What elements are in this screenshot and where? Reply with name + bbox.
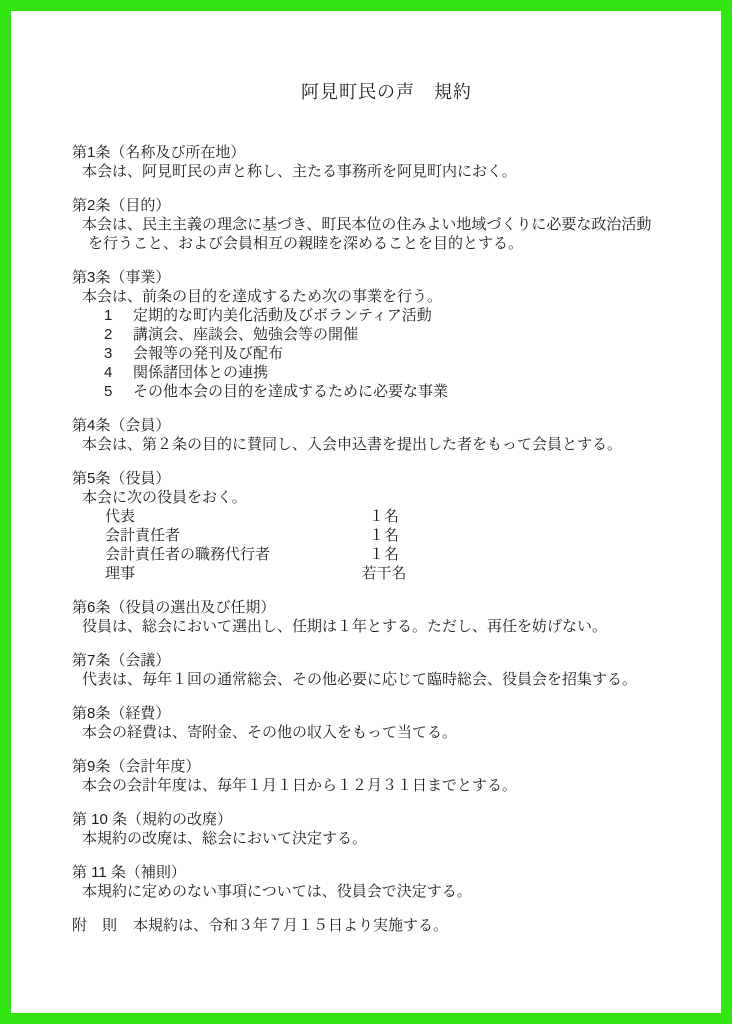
business-item-1: 1 定期的な町内美化活動及びボランティア活動 [72, 306, 701, 325]
articles-list: 第1条（名称及び所在地） 本会は、阿見町民の声と称し、主たる事務所を阿見町内にお… [72, 143, 701, 935]
article-11-heading: 第 11 条（補則） [72, 863, 701, 882]
role-row-4: 理事 若干名 [72, 564, 701, 583]
article-1-heading: 第1条（名称及び所在地） [72, 143, 701, 162]
article-9: 第9条（会計年度） 本会の会計年度は、毎年１月１日から１２月３１日までとする。 [72, 757, 701, 795]
role-name: 代表 [105, 507, 353, 526]
item-number: 3 [104, 344, 133, 363]
document-page: 阿見町民の声 規約 第1条（名称及び所在地） 本会は、阿見町民の声と称し、主たる… [0, 0, 732, 1024]
item-text: その他本会の目的を達成するために必要な事業 [133, 382, 448, 401]
article-9-heading: 第9条（会計年度） [72, 757, 701, 776]
role-row-1: 代表 １名 [72, 507, 701, 526]
article-5-heading: 第5条（役員） [72, 469, 701, 488]
article-3-body: 本会は、前条の目的を達成するため次の事業を行う。 [72, 287, 701, 306]
article-2-body-line-1: 本会は、民主主義の理念に基づき、町民本位の住みよい地域づくりに必要な政治活動 [72, 215, 701, 234]
item-text: 講演会、座談会、勉強会等の開催 [133, 325, 358, 344]
role-count: １名 [353, 545, 415, 564]
business-item-3: 3 会報等の発刊及び配布 [72, 344, 701, 363]
article-9-body: 本会の会計年度は、毎年１月１日から１２月３１日までとする。 [72, 776, 701, 795]
article-4-body: 本会は、第２条の目的に賛同し、入会申込書を提出した者をもって会員とする。 [72, 435, 701, 454]
article-10-heading: 第 10 条（規約の改廃） [72, 810, 701, 829]
item-text: 関係諸団体との連携 [133, 363, 268, 382]
supplement-label: 附 則 [72, 916, 117, 935]
article-7: 第7条（会議） 代表は、毎年１回の通常総会、その他必要に応じて臨時総会、役員会を… [72, 651, 701, 689]
article-1: 第1条（名称及び所在地） 本会は、阿見町民の声と称し、主たる事務所を阿見町内にお… [72, 143, 701, 181]
article-3-heading: 第3条（事業） [72, 268, 701, 287]
document-content: 阿見町民の声 規約 第1条（名称及び所在地） 本会は、阿見町民の声と称し、主たる… [11, 11, 721, 935]
item-text: 定期的な町内美化活動及びボランティア活動 [133, 306, 432, 325]
role-count: １名 [353, 526, 415, 545]
business-item-5: 5 その他本会の目的を達成するために必要な事業 [72, 382, 701, 401]
business-item-4: 4 関係諸団体との連携 [72, 363, 701, 382]
supplement-row: 附 則 本規約は、令和３年７月１５日より実施する。 [72, 916, 701, 935]
article-7-body: 代表は、毎年１回の通常総会、その他必要に応じて臨時総会、役員会を招集する。 [72, 670, 701, 689]
item-number: 2 [104, 325, 133, 344]
article-8-body: 本会の経費は、寄附金、その他の収入をもって当てる。 [72, 723, 701, 742]
article-2-body-line-2: を行うこと、および会員相互の親睦を深めることを目的とする。 [72, 234, 701, 253]
article-2-heading: 第2条（目的） [72, 196, 701, 215]
role-name: 理事 [105, 564, 353, 583]
article-1-body: 本会は、阿見町民の声と称し、主たる事務所を阿見町内におく。 [72, 162, 701, 181]
article-5: 第5条（役員） 本会に次の役員をおく。 代表 １名 会計責任者 １名 会計責任者… [72, 469, 701, 583]
role-count: 若干名 [353, 564, 415, 583]
page-title: 阿見町民の声 規約 [72, 81, 701, 103]
role-name: 会計責任者 [105, 526, 353, 545]
article-6: 第6条（役員の選出及び任期） 役員は、総会において選出し、任期は１年とする。ただ… [72, 598, 701, 636]
article-11: 第 11 条（補則） 本規約に定めのない事項については、役員会で決定する。 [72, 863, 701, 901]
role-count: １名 [353, 507, 415, 526]
article-11-body: 本規約に定めのない事項については、役員会で決定する。 [72, 882, 701, 901]
supplement-text: 本規約は、令和３年７月１５日より実施する。 [133, 916, 448, 935]
role-row-2: 会計責任者 １名 [72, 526, 701, 545]
article-3: 第3条（事業） 本会は、前条の目的を達成するため次の事業を行う。 1 定期的な町… [72, 268, 701, 401]
article-8-heading: 第8条（経費） [72, 704, 701, 723]
article-10: 第 10 条（規約の改廃） 本規約の改廃は、総会において決定する。 [72, 810, 701, 848]
article-5-body: 本会に次の役員をおく。 [72, 488, 701, 507]
item-number: 4 [104, 363, 133, 382]
item-number: 1 [104, 306, 133, 325]
article-8: 第8条（経費） 本会の経費は、寄附金、その他の収入をもって当てる。 [72, 704, 701, 742]
article-10-body: 本規約の改廃は、総会において決定する。 [72, 829, 701, 848]
role-name: 会計責任者の職務代行者 [105, 545, 353, 564]
business-item-2: 2 講演会、座談会、勉強会等の開催 [72, 325, 701, 344]
item-text: 会報等の発刊及び配布 [133, 344, 283, 363]
article-7-heading: 第7条（会議） [72, 651, 701, 670]
role-row-3: 会計責任者の職務代行者 １名 [72, 545, 701, 564]
article-6-heading: 第6条（役員の選出及び任期） [72, 598, 701, 617]
item-number: 5 [104, 382, 133, 401]
article-6-body: 役員は、総会において選出し、任期は１年とする。ただし、再任を妨げない。 [72, 617, 701, 636]
article-4-heading: 第4条（会員） [72, 416, 701, 435]
article-2: 第2条（目的） 本会は、民主主義の理念に基づき、町民本位の住みよい地域づくりに必… [72, 196, 701, 253]
article-4: 第4条（会員） 本会は、第２条の目的に賛同し、入会申込書を提出した者をもって会員… [72, 416, 701, 454]
